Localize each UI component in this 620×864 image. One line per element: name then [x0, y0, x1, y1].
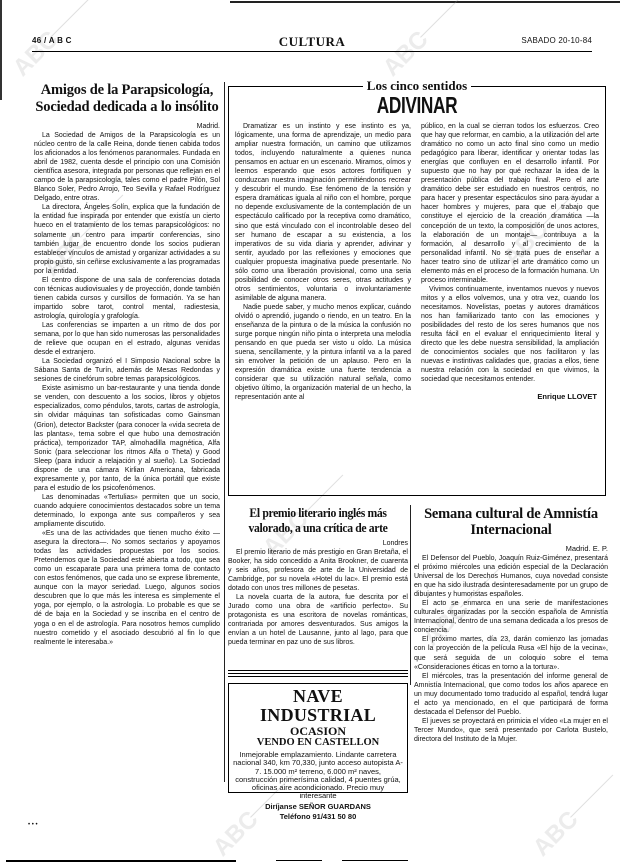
author-byline: Enrique LLOVET — [421, 392, 599, 401]
paragraph: Vivimos continuamente, inventamos nuevos… — [421, 285, 599, 385]
paragraph: El acto se enmarca en una serie de manif… — [414, 599, 608, 635]
ad-location: VENDO EN CASTELLON — [233, 737, 403, 749]
issue-date: SABADO 20-10-84 — [521, 36, 592, 45]
paragraph: La directora, Ángeles Solín, explica que… — [34, 203, 220, 275]
paragraph: Existe asimismo un bar-restaurante y una… — [34, 384, 220, 493]
article-headline: Amigos de la Parapsicología, Sociedad de… — [34, 82, 220, 115]
paragraph: El premio literario de más prestigio en … — [228, 548, 408, 593]
article-headline: El premio literario inglés más valorado,… — [237, 506, 399, 535]
scan-edge-left — [0, 0, 2, 100]
paragraph: «Es una de las actividades que tienen mu… — [34, 529, 220, 647]
article-body: El Defensor del Pueblo, Joaquín Ruiz-Gim… — [414, 554, 608, 744]
watermark: ABC — [528, 806, 585, 863]
article-headline: Semana cultural de Amnistía Internaciona… — [414, 506, 608, 538]
ad-description: Inmejorable emplazamiento. Lindante carr… — [233, 751, 403, 801]
ad-phone: Teléfono 91/431 50 80 — [233, 812, 403, 821]
paragraph: Las denominadas «Tertulias» permiten que… — [34, 493, 220, 529]
paragraph: La Sociedad organizó el I Simposio Nacio… — [34, 357, 220, 384]
paragraph: Nadie puede saber, y mucho menos explica… — [235, 303, 411, 403]
paragraph: El Defensor del Pueblo, Joaquín Ruiz-Gim… — [414, 554, 608, 599]
footer-rule — [276, 860, 322, 861]
scan-edge-top — [230, 1, 620, 3]
article-body: La Sociedad de Amigos de la Parapsicolog… — [34, 131, 220, 647]
paragraph: La Sociedad de Amigos de la Parapsicolog… — [34, 131, 220, 203]
paragraph: El próximo martes, día 23, darán comienz… — [414, 635, 608, 671]
page-header: 46 / A B C CULTURA SABADO 20-10-84 — [32, 34, 592, 52]
article-amnistia: Semana cultural de Amnistía Internaciona… — [414, 506, 608, 744]
ad-headline: NAVE INDUSTRIAL — [233, 687, 403, 725]
footer-rule — [6, 860, 236, 862]
dateline: Madrid. E. P. — [414, 544, 608, 553]
paragraph: Dramatizar es un instinto y ese instinto… — [235, 122, 411, 303]
footer-rule — [342, 860, 408, 861]
feature-box-adivinar: Los cinco sentidos ADIVINAR Dramatizar e… — [228, 86, 606, 496]
paragraph: El centro dispone de una sala de confere… — [34, 276, 220, 321]
paragraph: Las conferencias se imparten a un ritmo … — [34, 321, 220, 357]
ad-contact: Diríjanse SEÑOR GUARDANS — [233, 802, 403, 811]
feature-headline: ADIVINAR — [276, 93, 558, 117]
article-parapsicologia: Amigos de la Parapsicología, Sociedad de… — [34, 82, 220, 647]
paragraph: El jueves se proyectará en primicia el v… — [414, 717, 608, 744]
article-body: El premio literario de más prestigio en … — [228, 548, 408, 648]
ad-separator-rules — [228, 670, 408, 679]
dateline: Madrid. — [34, 122, 220, 131]
ad-subheadline: OCASION — [233, 725, 403, 737]
paragraph: La novela cuarta de la autora, fue descr… — [228, 593, 408, 647]
dateline: Londres — [228, 539, 408, 548]
article-booker: El premio literario inglés más valorado,… — [228, 506, 408, 648]
paragraph: El miércoles, tras la presentación del i… — [414, 672, 608, 717]
column-divider — [410, 505, 411, 685]
classified-ad-nave-industrial: NAVE INDUSTRIAL OCASION VENDO EN CASTELL… — [228, 683, 408, 793]
feature-column-b: público, en la cual se cierran todos los… — [421, 122, 599, 401]
section-title: CULTURA — [32, 34, 592, 50]
kicker-text: Los cinco sentidos — [363, 78, 471, 93]
paragraph: público, en la cual se cierran todos los… — [421, 122, 599, 285]
feature-column-a: Dramatizar es un instinto y ese instinto… — [235, 122, 411, 402]
column-divider — [224, 82, 225, 782]
print-marks: • • • — [28, 822, 38, 828]
